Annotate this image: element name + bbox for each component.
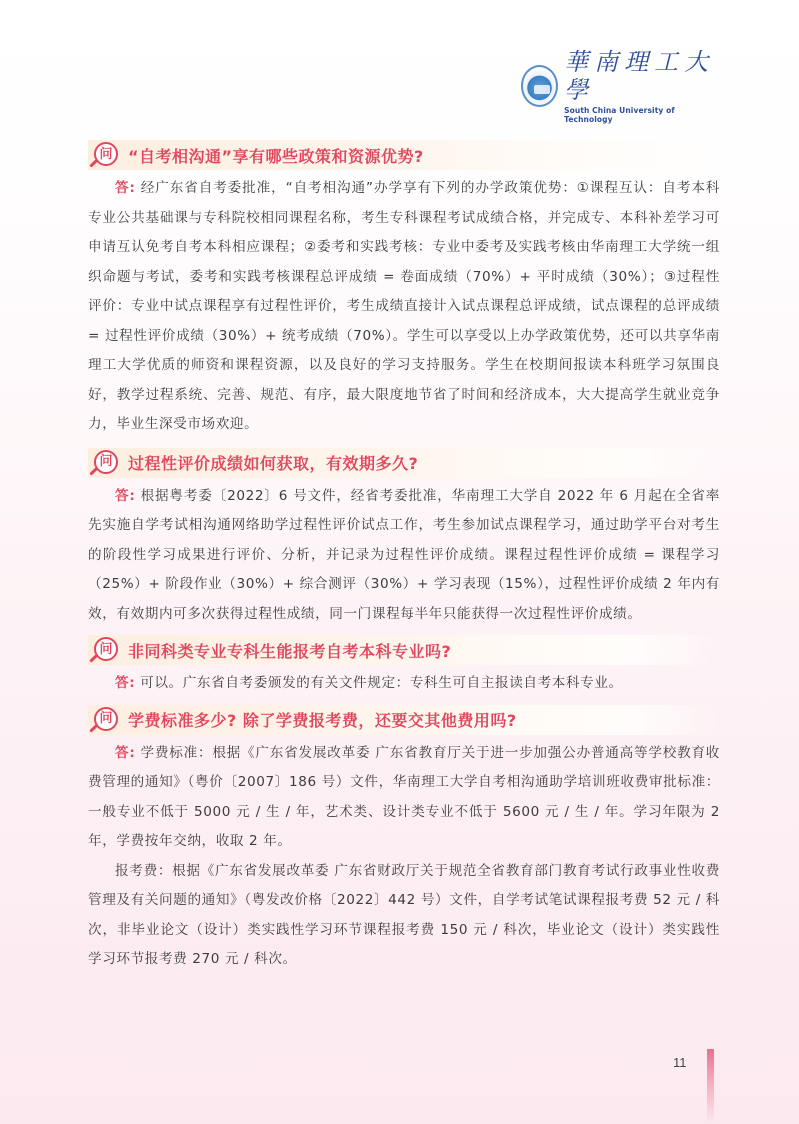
qa-item: 问 “自考相沟通”享有哪些政策和资源优势? 答: 经广东省自考委批准，“自考相沟… (88, 140, 720, 440)
answer-text: 经广东省自考委批准，“自考相沟通”办学享有下列的办学政策优势：①课程互认：自考本… (88, 180, 720, 432)
question-bar: 问 非同科类专业专科生能报考自考本科专业吗? (88, 635, 720, 665)
answer-label: 答: (115, 488, 135, 504)
qa-item: 问 过程性评价成绩如何获取，有效期多久? 答: 根据粤考委〔2022〕6 号文件… (88, 448, 720, 630)
question-bar: 问 过程性评价成绩如何获取，有效期多久? (88, 448, 720, 478)
question-title: 学费标准多少? 除了学费报考费，还要交其他费用吗? (128, 708, 517, 731)
answer-label: 答: (115, 745, 135, 761)
answer-paragraph: 报考费：根据《广东省发展改革委 广东省财政厅关于规范全省教育部门教育考试行政事业… (88, 857, 720, 975)
answer-label: 答: (115, 180, 136, 196)
qa-item: 问 非同科类专业专科生能报考自考本科专业吗? 答: 可以。广东省自考委颁发的有关… (88, 635, 720, 699)
logo-english-name: South China University of Technology (564, 106, 721, 124)
question-title: 过程性评价成绩如何获取，有效期多久? (128, 451, 418, 474)
answer-paragraph: 答: 可以。广东省自考委颁发的有关文件规定：专科生可自主报读自考本科专业。 (88, 669, 720, 699)
question-magnifier-icon: 问 (92, 636, 120, 664)
question-magnifier-icon: 问 (92, 706, 120, 734)
logo-chinese-name: 華南理工大學 (564, 48, 721, 104)
answer-paragraph: 答: 经广东省自考委批准，“自考相沟通”办学享有下列的办学政策优势：①课程互认：… (88, 174, 720, 440)
logo-text: 華南理工大學 South China University of Technol… (564, 48, 721, 124)
qa-item: 问 学费标准多少? 除了学费报考费，还要交其他费用吗? 答: 学费标准：根据《广… (88, 705, 720, 975)
page-number: 11 (673, 1055, 687, 1070)
answer-text: 可以。广东省自考委颁发的有关文件规定：专科生可自主报读自考本科专业。 (140, 675, 623, 691)
answer-text: 根据粤考委〔2022〕6 号文件，经省考委批准，华南理工大学自 2022 年 6… (88, 488, 720, 622)
answer-text: 学费标准：根据《广东省发展改革委 广东省教育厅关于进一步加强公办普通高等学校教育… (88, 745, 720, 850)
question-title: “自考相沟通”享有哪些政策和资源优势? (128, 144, 424, 167)
answer-label: 答: (115, 675, 135, 691)
qa-content: 问 “自考相沟通”享有哪些政策和资源优势? 答: 经广东省自考委批准，“自考相沟… (88, 140, 720, 981)
answer-paragraph: 答: 学费标准：根据《广东省发展改革委 广东省教育厅关于进一步加强公办普通高等学… (88, 739, 720, 857)
question-bar: 问 学费标准多少? 除了学费报考费，还要交其他费用吗? (88, 705, 720, 735)
question-title: 非同科类专业专科生能报考自考本科专业吗? (128, 639, 451, 662)
university-emblem-icon (521, 65, 558, 107)
university-logo: 華南理工大學 South China University of Technol… (521, 61, 721, 111)
question-magnifier-icon: 问 (92, 449, 120, 477)
page-decoration-bar (707, 1049, 714, 1124)
question-bar: 问 “自考相沟通”享有哪些政策和资源优势? (88, 140, 720, 170)
question-magnifier-icon: 问 (92, 141, 120, 169)
answer-paragraph: 答: 根据粤考委〔2022〕6 号文件，经省考委批准，华南理工大学自 2022 … (88, 482, 720, 630)
